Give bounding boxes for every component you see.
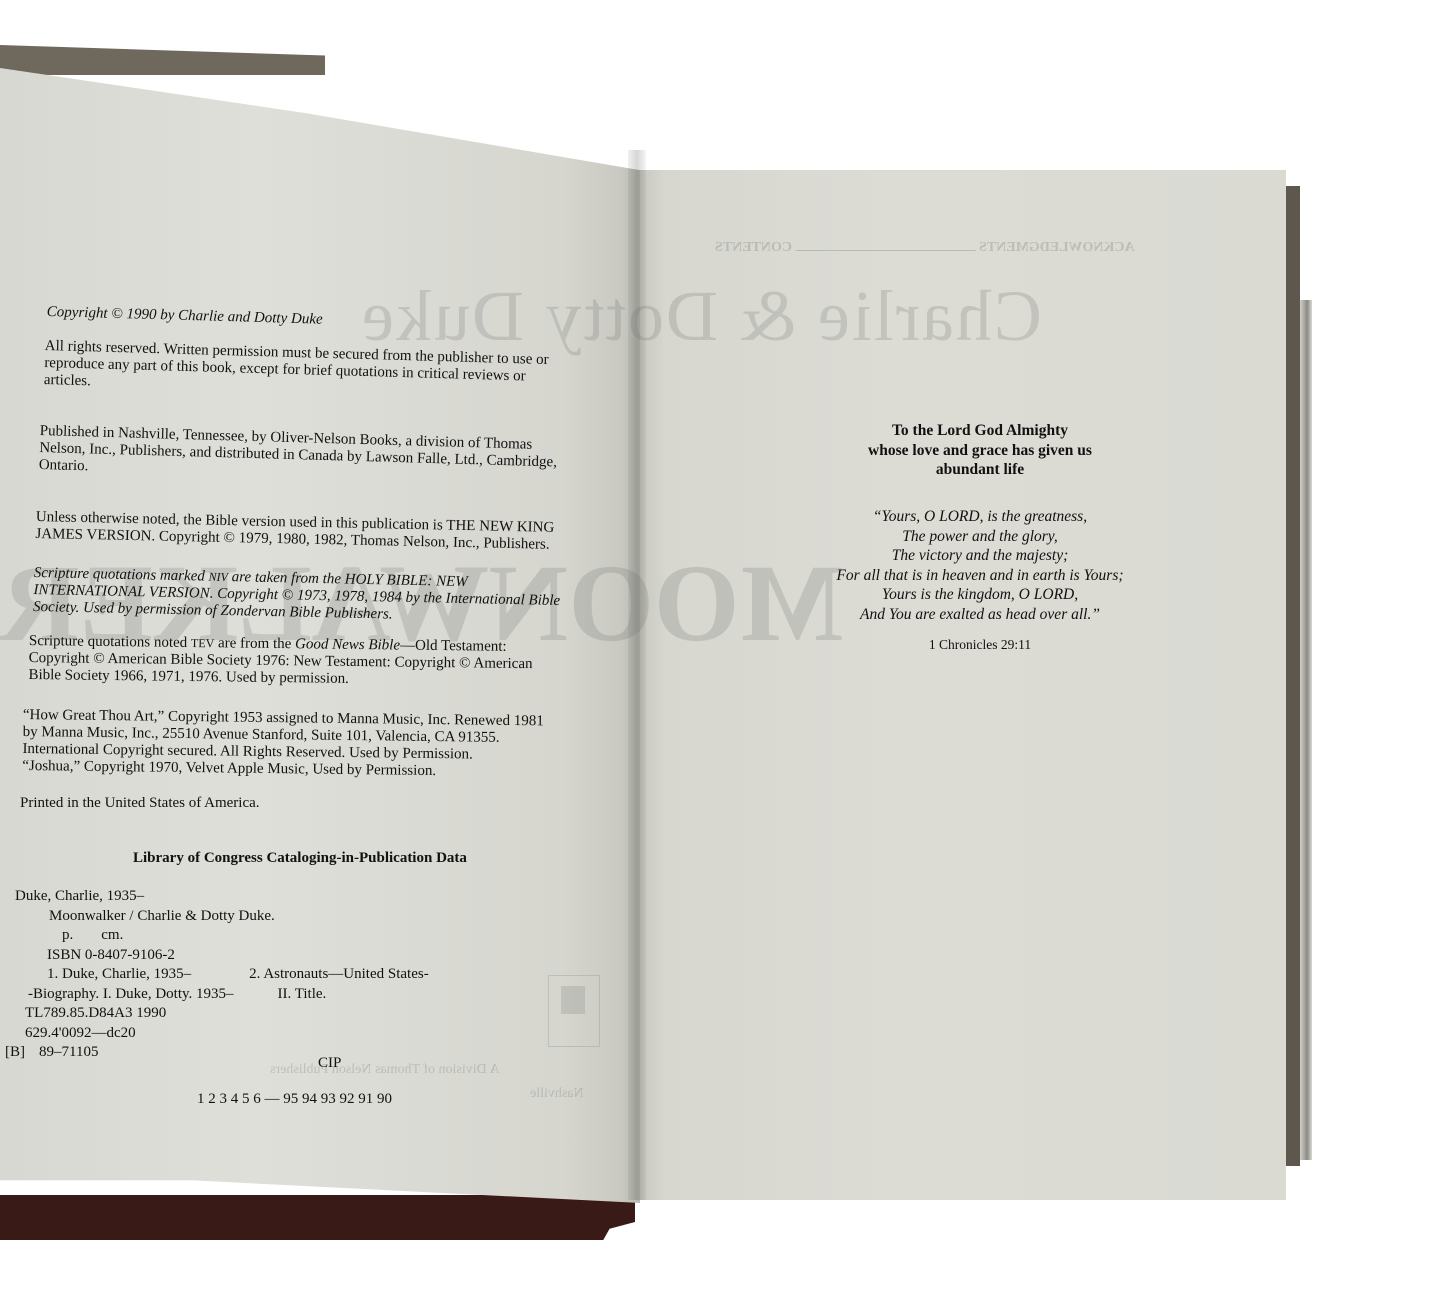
cip-title-entry: II. Title. [278, 986, 327, 1002]
dedication-line: abundant life [780, 460, 1180, 480]
printed-line: Printed in the United States of America. [20, 795, 260, 812]
printing-line: 1 2 3 4 5 6 — 95 94 93 92 91 90 [197, 1091, 392, 1108]
cip-cm: cm. [101, 927, 123, 943]
cip-subject-2: 2. Astronauts—United States- [249, 966, 429, 982]
tev-paragraph: Scripture quotations noted TEV are from … [28, 633, 532, 690]
cip-subject-2b: -Biography. I. Duke, Dotty. 1935– [28, 986, 234, 1002]
dedication-line: To the Lord God Almighty [780, 421, 1180, 441]
cip-subject-1: 1. Duke, Charlie, 1935– [47, 966, 191, 982]
cip-heading: Library of Congress Cataloging-in-Public… [133, 850, 467, 867]
niv-abbr: NIV [208, 570, 228, 584]
cip-title: Moonwalker / Charlie & Dotty Duke. [15, 908, 429, 928]
book-cover-bottom-edge [0, 1195, 635, 1240]
music-paragraph: “How Great Thou Art,” Copyright 1953 ass… [22, 707, 544, 781]
cip-block: Duke, Charlie, 1935– Moonwalker / Charli… [15, 888, 429, 1064]
cip-author: Duke, Charlie, 1935– [15, 888, 429, 908]
cip-pages: p. [62, 927, 73, 943]
cip-dewey: 629.4'0092—dc20 [15, 1025, 429, 1045]
verse-line: “Yours, O LORD, is the greatness, [780, 507, 1180, 527]
verse-line: And You are exalted as head over all.” [780, 605, 1180, 625]
dedication: To the Lord God Almighty whose love and … [780, 421, 1180, 480]
verse-line: The power and the glory, [780, 527, 1180, 547]
showthrough-publisher-logo-icon [548, 975, 600, 1047]
cip-isbn: ISBN 0-8407-9106-2 [15, 947, 429, 967]
verse-line: For all that is in heaven and in earth i… [780, 566, 1180, 586]
cip-lccn: [B]89–71105 [5, 1044, 429, 1064]
tev-text: are from the [214, 635, 295, 652]
book-gutter [628, 150, 646, 1200]
tev-text: —Old Testament: [400, 638, 507, 655]
cip-physical: p.cm. [15, 927, 429, 947]
cip-lccn-prefix: [B] [5, 1044, 25, 1060]
tev-title: Good News Bible [295, 636, 400, 653]
book-cover-top-edge [0, 45, 325, 75]
page-stack-edge [1300, 300, 1312, 1160]
right-page [640, 170, 1286, 1200]
dedication-line: whose love and grace has given us [780, 441, 1180, 461]
cip-subjects: 1. Duke, Charlie, 1935–2. Astronauts—Uni… [15, 966, 429, 986]
verse-reference: 1 Chronicles 29:11 [780, 637, 1180, 653]
tev-abbr: TEV [191, 636, 214, 650]
tev-text: Scripture quotations noted [29, 633, 191, 651]
cip-subjects-cont: -Biography. I. Duke, Dotty. 1935–II. Tit… [15, 986, 429, 1006]
scripture-verse: “Yours, O LORD, is the greatness, The po… [780, 507, 1180, 624]
cip-lc-number: TL789.85.D84A3 1990 [15, 1005, 429, 1025]
cip-lccn-number: 89–71105 [39, 1044, 98, 1060]
verse-line: The victory and the majesty; [780, 546, 1180, 566]
verse-line: Yours is the kingdom, O LORD, [780, 585, 1180, 605]
cip-label: CIP [318, 1055, 341, 1072]
